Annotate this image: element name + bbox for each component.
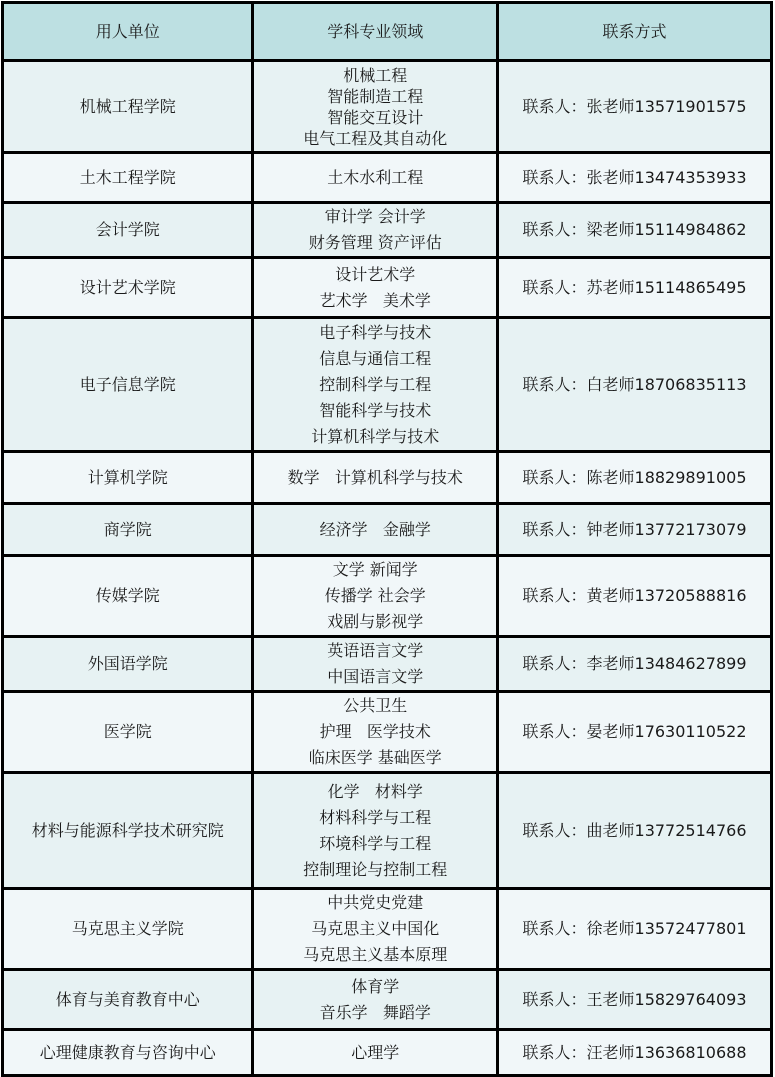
field-line: 设计艺术学 [254,262,496,288]
fields-cell: 英语语言文学中国语言文学 [253,637,498,692]
field-line: 经济学 金融学 [254,517,496,543]
unit-cell: 体育与美育教育中心 [3,970,253,1030]
field-line: 材料科学与工程 [254,805,496,831]
field-line: 音乐学 舞蹈学 [254,1000,496,1026]
field-line: 环境科学与工程 [254,831,496,857]
header-row: 用人单位 学科专业领域 联系方式 [3,3,772,61]
field-line: 电子科学与技术 [254,320,496,346]
header-contact: 联系方式 [498,3,772,61]
field-line: 马克思主义中国化 [254,916,496,942]
table-row: 外国语学院英语语言文学中国语言文学联系人：李老师13484627899 [3,637,772,692]
table-row: 计算机学院数学 计算机科学与技术联系人：陈老师18829891005 [3,452,772,504]
table-row: 机械工程学院机械工程智能制造工程智能交互设计电气工程及其自动化联系人：张老师13… [3,61,772,153]
fields-cell: 设计艺术学艺术学 美术学 [253,258,498,318]
fields-cell: 体育学音乐学 舞蹈学 [253,970,498,1030]
field-line: 公共卫生 [254,693,496,719]
header-unit: 用人单位 [3,3,253,61]
table-row: 商学院经济学 金融学联系人：钟老师13772173079 [3,504,772,556]
field-line: 护理 医学技术 [254,719,496,745]
table-row: 马克思主义学院中共党史党建马克思主义中国化马克思主义基本原理联系人：徐老师135… [3,889,772,970]
table-row: 会计学院审计学 会计学财务管理 资产评估联系人：梁老师15114984862 [3,203,772,258]
field-line: 智能交互设计 [254,107,496,128]
unit-cell: 机械工程学院 [3,61,253,153]
unit-cell: 商学院 [3,504,253,556]
unit-cell: 马克思主义学院 [3,889,253,970]
contact-cell: 联系人：张老师13474353933 [498,153,772,203]
contact-cell: 联系人：晏老师17630110522 [498,692,772,773]
unit-cell: 外国语学院 [3,637,253,692]
field-line: 体育学 [254,974,496,1000]
contact-cell: 联系人：黄老师13720588816 [498,556,772,637]
field-line: 中国语言文学 [254,664,496,690]
table-row: 材料与能源科学技术研究院化学 材料学材料科学与工程环境科学与工程控制理论与控制工… [3,773,772,889]
field-line: 控制理论与控制工程 [254,857,496,883]
fields-cell: 电子科学与技术信息与通信工程控制科学与工程智能科学与技术计算机科学与技术 [253,318,498,452]
unit-cell: 传媒学院 [3,556,253,637]
contact-cell: 联系人：苏老师15114865495 [498,258,772,318]
fields-cell: 土木水利工程 [253,153,498,203]
field-line: 英语语言文学 [254,638,496,664]
field-line: 传播学 社会学 [254,583,496,609]
field-line: 临床医学 基础医学 [254,745,496,771]
unit-cell: 设计艺术学院 [3,258,253,318]
fields-cell: 化学 材料学材料科学与工程环境科学与工程控制理论与控制工程 [253,773,498,889]
header-fields: 学科专业领域 [253,3,498,61]
table-row: 体育与美育教育中心体育学音乐学 舞蹈学联系人：王老师15829764093 [3,970,772,1030]
table-row: 传媒学院文学 新闻学传播学 社会学戏剧与影视学联系人：黄老师1372058881… [3,556,772,637]
unit-cell: 心理健康教育与咨询中心 [3,1030,253,1074]
contact-cell: 联系人：王老师15829764093 [498,970,772,1030]
unit-cell: 材料与能源科学技术研究院 [3,773,253,889]
contact-cell: 联系人：曲老师13772514766 [498,773,772,889]
table-row: 医学院公共卫生护理 医学技术临床医学 基础医学联系人：晏老师1763011052… [3,692,772,773]
field-line: 控制科学与工程 [254,372,496,398]
unit-cell: 医学院 [3,692,253,773]
fields-cell: 审计学 会计学财务管理 资产评估 [253,203,498,258]
contact-cell: 联系人：张老师13571901575 [498,61,772,153]
contact-cell: 联系人：梁老师15114984862 [498,203,772,258]
fields-cell: 经济学 金融学 [253,504,498,556]
field-line: 化学 材料学 [254,779,496,805]
table-row: 心理健康教育与咨询中心心理学联系人：汪老师13636810688 [3,1030,772,1074]
unit-cell: 会计学院 [3,203,253,258]
contact-cell: 联系人：汪老师13636810688 [498,1030,772,1074]
field-line: 智能科学与技术 [254,398,496,424]
fields-cell: 心理学 [253,1030,498,1074]
field-line: 心理学 [254,1040,496,1066]
unit-cell: 电子信息学院 [3,318,253,452]
table-row: 土木工程学院土木水利工程联系人：张老师13474353933 [3,153,772,203]
fields-cell: 数学 计算机科学与技术 [253,452,498,504]
fields-cell: 机械工程智能制造工程智能交互设计电气工程及其自动化 [253,61,498,153]
field-line: 电气工程及其自动化 [254,128,496,149]
contact-cell: 联系人：李老师13484627899 [498,637,772,692]
unit-cell: 计算机学院 [3,452,253,504]
field-line: 马克思主义基本原理 [254,942,496,968]
field-line: 机械工程 [254,65,496,86]
contact-cell: 联系人：陈老师18829891005 [498,452,772,504]
contact-cell: 联系人：钟老师13772173079 [498,504,772,556]
field-line: 数学 计算机科学与技术 [254,465,496,491]
field-line: 艺术学 美术学 [254,288,496,314]
unit-cell: 土木工程学院 [3,153,253,203]
field-line: 戏剧与影视学 [254,609,496,635]
recruitment-contact-table: 用人单位 学科专业领域 联系方式 机械工程学院机械工程智能制造工程智能交互设计电… [1,1,773,1073]
field-line: 文学 新闻学 [254,557,496,583]
fields-cell: 文学 新闻学传播学 社会学戏剧与影视学 [253,556,498,637]
contact-cell: 联系人：白老师18706835113 [498,318,772,452]
field-line: 智能制造工程 [254,86,496,107]
fields-cell: 中共党史党建马克思主义中国化马克思主义基本原理 [253,889,498,970]
table-row: 电子信息学院电子科学与技术信息与通信工程控制科学与工程智能科学与技术计算机科学与… [3,318,772,452]
field-line: 信息与通信工程 [254,346,496,372]
field-line: 土木水利工程 [254,165,496,191]
field-line: 中共党史党建 [254,890,496,916]
field-line: 审计学 会计学 [254,204,496,230]
field-line: 财务管理 资产评估 [254,230,496,256]
table-row: 设计艺术学院设计艺术学艺术学 美术学联系人：苏老师15114865495 [3,258,772,318]
fields-cell: 公共卫生护理 医学技术临床医学 基础医学 [253,692,498,773]
field-line: 计算机科学与技术 [254,424,496,450]
contact-cell: 联系人：徐老师13572477801 [498,889,772,970]
